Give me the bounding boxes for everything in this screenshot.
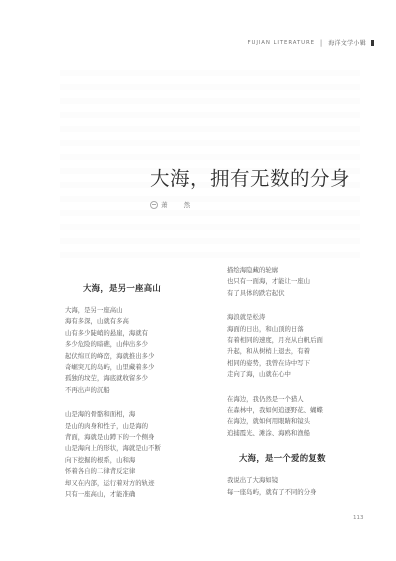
section-heading: 大海，是另一座高山: [83, 282, 215, 294]
stanza: 大海，是另一座高山 海有多深，山就有多高 山有多少陡峭的悬崖，海就有 多少危险的…: [65, 305, 215, 396]
poem-line: 是山的肉身和性子，山是海的: [65, 421, 215, 432]
poem-line: 在海边，就如何用眼睛和镜头: [227, 416, 377, 427]
poem-line: 有着相同的速度，月亮从白帆后面: [227, 335, 377, 346]
poem-line: 在森林中，我如何追逐野花、蝴蝶: [227, 405, 377, 416]
author-name: 萧 然: [161, 200, 197, 209]
poem-line: 却又在内部，运行着对方的轨迹: [65, 478, 215, 489]
poem-line: 大海，是另一座高山: [65, 305, 215, 316]
poem-line: 升起，和从树梢上退去，有着: [227, 346, 377, 357]
stanza: 描绘海隐藏的轮廓 也只有一面海，才能让一座山 有了具体的跌宕起伏: [227, 265, 377, 299]
stanza: 海浪就是松涛 海面的日出，和山顶的日落 有着相同的速度，月亮从白帆后面 升起，和…: [227, 312, 377, 380]
poem-line: 山是海的骨骼和面相，海: [65, 409, 215, 420]
poem-line: 只有一座高山，才能准确: [65, 489, 215, 500]
poem-line: 海浪就是松涛: [227, 312, 377, 323]
right-column: 描绘海隐藏的轮廓 也只有一面海，才能让一座山 有了具体的跌宕起伏 海浪就是松涛 …: [227, 265, 377, 511]
poem-line: 山有多少陡峭的悬崖，海就有: [65, 328, 215, 339]
poem-line: 描绘海隐藏的轮廓: [227, 265, 377, 276]
author-circle-icon: [150, 201, 158, 209]
header-separator: |: [320, 39, 323, 47]
poem-line: 怀着各自的二律背反定律: [65, 466, 215, 477]
author-line: 萧 然: [150, 200, 197, 209]
poem-line: 走向了海，山就在心中: [227, 369, 377, 380]
stanza: 在海边，我仍然是一个猎人 在森林中，我如何追逐野花、蝴蝶 在海边，就如何用眼睛和…: [227, 394, 377, 440]
page-number: 113: [353, 515, 364, 521]
poem-line: 起伏绵亘的峰峦，海就推出多少: [65, 351, 215, 362]
poem-line: 孤独的坟茔，海底就收留多少: [65, 373, 215, 384]
header-marker-icon: [371, 40, 374, 46]
running-header: FUJIAN LITERATURE | 海洋文学小辑: [247, 38, 374, 47]
stanza: 我说出了大海如镜 每一座岛屿，就有了不同的分身: [227, 475, 377, 498]
magazine-name: FUJIAN LITERATURE: [247, 40, 314, 46]
poem-line: 山是海向上的形状，海就是山不断: [65, 443, 215, 454]
poem-line: 多少危险的暗礁，山伸出多少: [65, 339, 215, 350]
poem-line: 有了具体的跌宕起伏: [227, 288, 377, 299]
poem-line: 我说出了大海如镜: [227, 475, 377, 486]
poem-line: 背面，海就是山蹲下的一个侧身: [65, 432, 215, 443]
poem-line: 海面的日出，和山顶的日落: [227, 324, 377, 335]
poem-line: 奇崛突兀的岛屿，山里藏着多少: [65, 362, 215, 373]
poem-line: 每一座岛屿，就有了不同的分身: [227, 487, 377, 498]
left-column: 大海，是另一座高山 大海，是另一座高山 海有多深，山就有多高 山有多少陡峭的悬崖…: [65, 282, 215, 514]
poem-line: 在海边，我仍然是一个猎人: [227, 394, 377, 405]
stanza: 山是海的骨骼和面相，海 是山的肉身和性子，山是海的 背面，海就是山蹲下的一个侧身…: [65, 409, 215, 500]
poem-line: 也只有一面海，才能让一座山: [227, 276, 377, 287]
poem-line: 相同的姿势，我曾在诗中写下: [227, 358, 377, 369]
column-name: 海洋文学小辑: [328, 38, 366, 47]
poem-line: 不再出声的沉船: [65, 385, 215, 396]
article-title: 大海，拥有无数的分身: [150, 163, 350, 191]
poem-line: 向下挖掘的根系，山和海: [65, 455, 215, 466]
section-heading: 大海，是一个爱的复数: [239, 452, 377, 464]
poem-line: 海有多深，山就有多高: [65, 316, 215, 327]
poem-line: 追捕霞光、滩涂、海鸥和渔船: [227, 428, 377, 439]
